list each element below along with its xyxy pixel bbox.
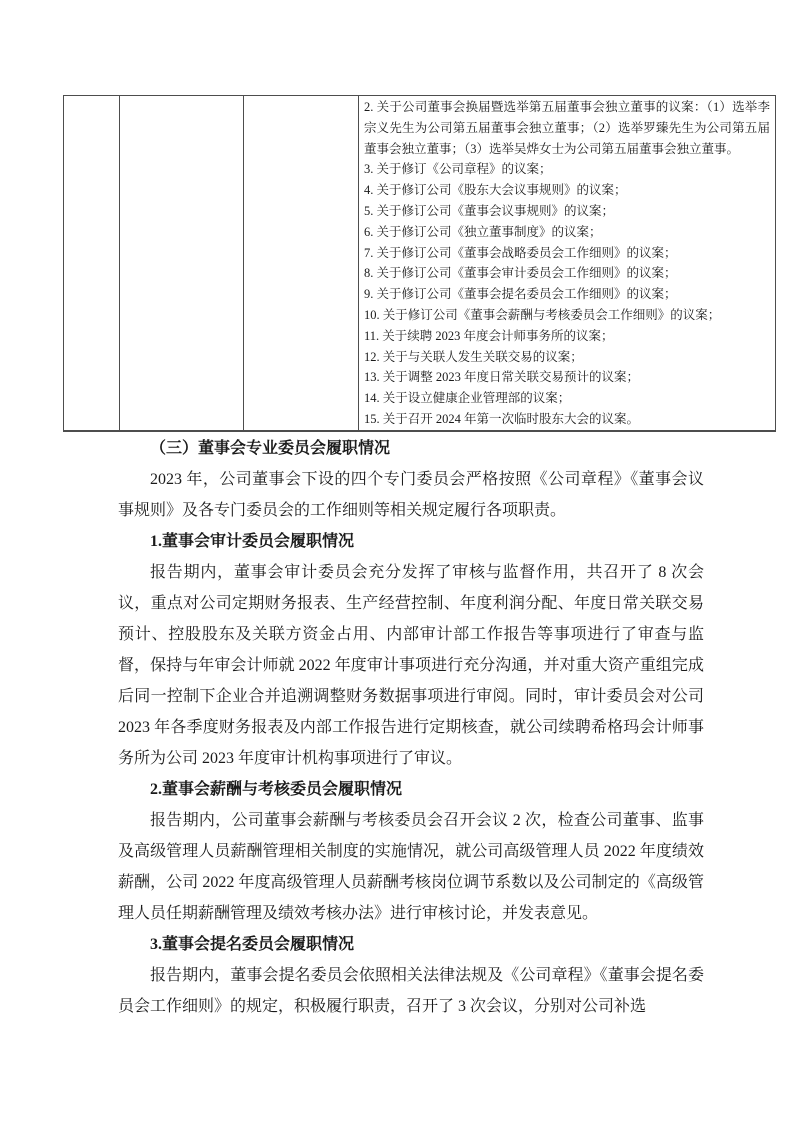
table-cell-empty-1 <box>64 96 120 431</box>
proposal-item: 13. 关于调整 2023 年度日常关联交易预计的议案； <box>364 367 770 388</box>
page-body: （三）董事会专业委员会履职情况 2023 年，公司董事会下设的四个专门委员会严格… <box>118 433 704 1022</box>
table-cell-proposals: 2. 关于公司董事会换届暨选举第五届董事会独立董事的议案：（1）选举李宗义先生为… <box>359 96 776 431</box>
table-cell-empty-2 <box>120 96 244 431</box>
proposal-item: 2. 关于公司董事会换届暨选举第五届董事会独立董事的议案：（1）选举李宗义先生为… <box>364 97 770 159</box>
subsection-heading-remuneration: 2.董事会薪酬与考核委员会履职情况 <box>118 774 704 805</box>
section-intro-paragraph: 2023 年，公司董事会下设的四个专门委员会严格按照《公司章程》《董事会议事规则… <box>118 464 704 526</box>
subsection-paragraph-audit: 报告期内，董事会审计委员会充分发挥了审核与监督作用，共召开了 8 次会议，重点对… <box>118 557 704 774</box>
proposal-item: 6. 关于修订公司《独立董事制度》的议案； <box>364 222 770 243</box>
subsection-paragraph-remuneration: 报告期内，公司董事会薪酬与考核委员会召开会议 2 次，检查公司董事、监事及高级管… <box>118 805 704 929</box>
proposal-item: 15. 关于召开 2024 年第一次临时股东大会的议案。 <box>364 409 770 430</box>
proposal-item: 12. 关于与关联人发生关联交易的议案； <box>364 347 770 368</box>
proposal-item: 5. 关于修订公司《董事会议事规则》的议案； <box>364 201 770 222</box>
proposal-item: 11. 关于续聘 2023 年度会计师事务所的议案； <box>364 326 770 347</box>
table-row: 2. 关于公司董事会换届暨选举第五届董事会独立董事的议案：（1）选举李宗义先生为… <box>64 96 776 431</box>
proposals-table: 2. 关于公司董事会换届暨选举第五届董事会独立董事的议案：（1）选举李宗义先生为… <box>63 95 776 432</box>
report-page: 2. 关于公司董事会换届暨选举第五届董事会独立董事的议案：（1）选举李宗义先生为… <box>0 0 794 1122</box>
proposal-item: 4. 关于修订公司《股东大会议事规则》的议案； <box>364 180 770 201</box>
proposal-item: 8. 关于修订公司《董事会审计委员会工作细则》的议案； <box>364 263 770 284</box>
proposal-item: 7. 关于修订公司《董事会战略委员会工作细则》的议案； <box>364 243 770 264</box>
proposal-item: 3. 关于修订《公司章程》的议案； <box>364 159 770 180</box>
proposal-item: 10. 关于修订公司《董事会薪酬与考核委员会工作细则》的议案； <box>364 305 770 326</box>
table-cell-empty-3 <box>244 96 359 431</box>
subsection-heading-audit: 1.董事会审计委员会履职情况 <box>118 526 704 557</box>
subsection-paragraph-nomination: 报告期内，董事会提名委员会依照相关法律法规及《公司章程》《董事会提名委员会工作细… <box>118 960 704 1022</box>
subsection-heading-nomination: 3.董事会提名委员会履职情况 <box>118 929 704 960</box>
section-heading: （三）董事会专业委员会履职情况 <box>118 433 704 464</box>
proposal-item: 14. 关于设立健康企业管理部的议案； <box>364 388 770 409</box>
proposal-item: 9. 关于修订公司《董事会提名委员会工作细则》的议案； <box>364 284 770 305</box>
